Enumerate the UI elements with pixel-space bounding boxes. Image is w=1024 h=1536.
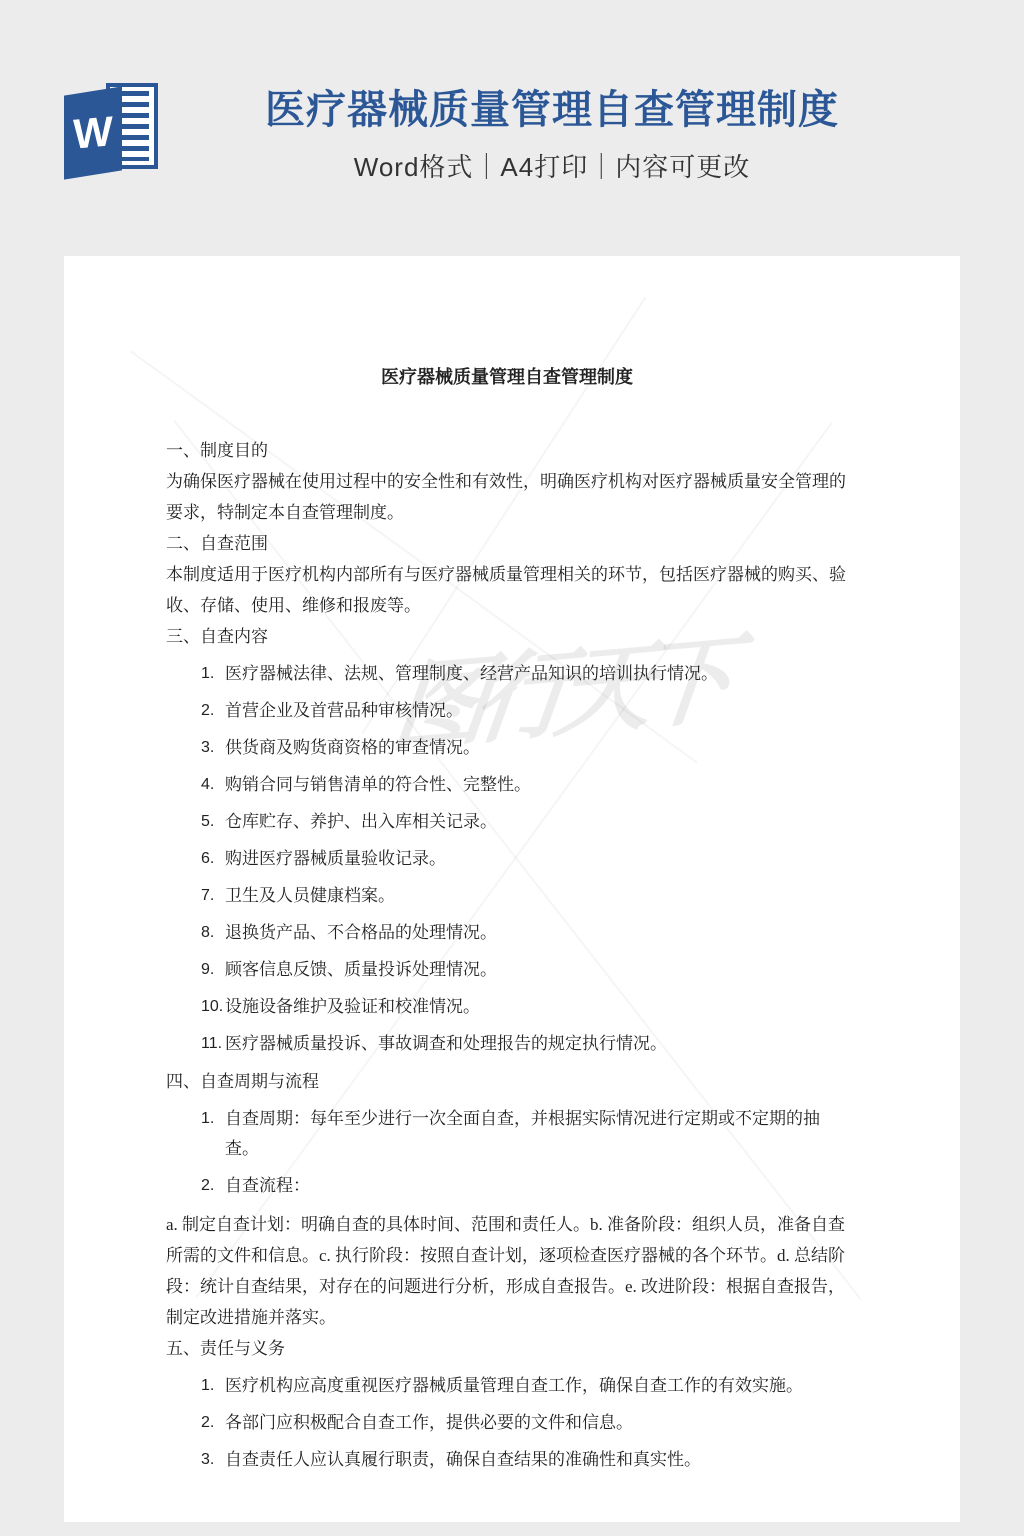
list-item-number: 2. [201,1408,225,1438]
section-heading-3: 三、自查内容 [166,621,848,652]
section-paragraph: 为确保医疗器械在使用过程中的安全性和有效性，明确医疗机构对医疗器械质量安全管理的… [166,466,848,528]
list-item-text: 医疗器械质量投诉、事故调查和处理报告的规定执行情况。 [225,1029,848,1059]
document-title: 医疗器械质量管理自查管理制度 [166,362,848,393]
list-item-number: 6. [201,844,225,874]
list-item-text: 首营企业及首营品种审核情况。 [225,696,848,726]
list-item-number: 5. [201,807,225,837]
list-item-number: 10. [201,992,225,1022]
section-paragraph: 本制度适用于医疗机构内部所有与医疗器械质量管理相关的环节，包括医疗器械的购买、验… [166,559,848,621]
list-item: 6. 购进医疗器械质量验收记录。 [166,844,848,874]
list-item-text: 医疗机构应高度重视医疗器械质量管理自查工作，确保自查工作的有效实施。 [225,1371,848,1401]
word-file-icon: W [64,82,162,182]
list-item-number: 1. [201,659,225,689]
list-item-number: 1. [201,1371,225,1401]
list-item-text: 退换货产品、不合格品的处理情况。 [225,918,848,948]
list-item: 9. 顾客信息反馈、质量投诉处理情况。 [166,955,848,985]
list-item-text: 设施设备维护及验证和校准情况。 [225,992,848,1022]
list-item-text: 购销合同与销售清单的符合性、完整性。 [225,770,848,800]
list-item-number: 8. [201,918,225,948]
list-item: 1. 医疗器械法律、法规、管理制度、经营产品知识的培训执行情况。 [166,659,848,689]
numbered-list: 1. 医疗器械法律、法规、管理制度、经营产品知识的培训执行情况。 2. 首营企业… [166,659,848,1059]
numbered-list: 1. 自查周期：每年至少进行一次全面自查，并根据实际情况进行定期或不定期的抽查。… [166,1104,848,1201]
template-title: 医疗器械质量管理自查管理制度 [100,86,1004,134]
word-icon-letter: W [73,107,113,159]
list-item-number: 1. [201,1104,225,1164]
list-item: 2. 首营企业及首营品种审核情况。 [166,696,848,726]
list-item-text: 供货商及购货商资格的审查情况。 [225,733,848,763]
section-heading-1: 一、制度目的 [166,435,848,466]
numbered-list: 1. 医疗机构应高度重视医疗器械质量管理自查工作，确保自查工作的有效实施。 2.… [166,1371,848,1475]
list-item-text: 自查周期：每年至少进行一次全面自查，并根据实际情况进行定期或不定期的抽查。 [225,1104,848,1164]
section-heading-4: 四、自查周期与流程 [166,1066,848,1097]
list-item-number: 3. [201,733,225,763]
list-item: 10. 设施设备维护及验证和校准情况。 [166,992,848,1022]
list-item: 2. 各部门应积极配合自查工作，提供必要的文件和信息。 [166,1408,848,1438]
list-item-number: 7. [201,881,225,911]
section-heading-2: 二、自查范围 [166,528,848,559]
list-item-number: 2. [201,696,225,726]
list-item-number: 9. [201,955,225,985]
list-item: 3. 供货商及购货商资格的审查情况。 [166,733,848,763]
list-item: 7. 卫生及人员健康档案。 [166,881,848,911]
section-paragraph: a. 制定自查计划：明确自查的具体时间、范围和责任人。b. 准备阶段：组织人员，… [166,1209,848,1333]
list-item-text: 仓库贮存、养护、出入库相关记录。 [225,807,848,837]
list-item-text: 卫生及人员健康档案。 [225,881,848,911]
list-item-number: 11. [201,1029,225,1059]
section-heading-5: 五、责任与义务 [166,1333,848,1364]
list-item-number: 3. [201,1445,225,1475]
list-item: 1. 医疗机构应高度重视医疗器械质量管理自查工作，确保自查工作的有效实施。 [166,1371,848,1401]
list-item-text: 自查流程： [225,1171,848,1201]
list-item-text: 顾客信息反馈、质量投诉处理情况。 [225,955,848,985]
template-subtitle: Word格式｜A4打印｜内容可更改 [100,147,1004,184]
list-item: 3. 自查责任人应认真履行职责，确保自查结果的准确性和真实性。 [166,1445,848,1475]
word-icon-w-block: W [64,86,122,179]
list-item-text: 自查责任人应认真履行职责，确保自查结果的准确性和真实性。 [225,1445,848,1475]
list-item: 2. 自查流程： [166,1171,848,1201]
list-item-text: 购进医疗器械质量验收记录。 [225,844,848,874]
list-item: 4. 购销合同与销售清单的符合性、完整性。 [166,770,848,800]
list-item: 11. 医疗器械质量投诉、事故调查和处理报告的规定执行情况。 [166,1029,848,1059]
list-item-number: 4. [201,770,225,800]
list-item: 1. 自查周期：每年至少进行一次全面自查，并根据实际情况进行定期或不定期的抽查。 [166,1104,848,1164]
list-item: 5. 仓库贮存、养护、出入库相关记录。 [166,807,848,837]
list-item-text: 各部门应积极配合自查工作，提供必要的文件和信息。 [225,1408,848,1438]
list-item: 8. 退换货产品、不合格品的处理情况。 [166,918,848,948]
list-item-text: 医疗器械法律、法规、管理制度、经营产品知识的培训执行情况。 [225,659,848,689]
page-header: W 医疗器械质量管理自查管理制度 Word格式｜A4打印｜内容可更改 [0,0,1024,256]
list-item-number: 2. [201,1171,225,1201]
document-content: 医疗器械质量管理自查管理制度 一、制度目的 为确保医疗器械在使用过程中的安全性和… [64,256,960,1475]
document-page: 图行天下 医疗器械质量管理自查管理制度 一、制度目的 为确保医疗器械在使用过程中… [64,256,960,1522]
